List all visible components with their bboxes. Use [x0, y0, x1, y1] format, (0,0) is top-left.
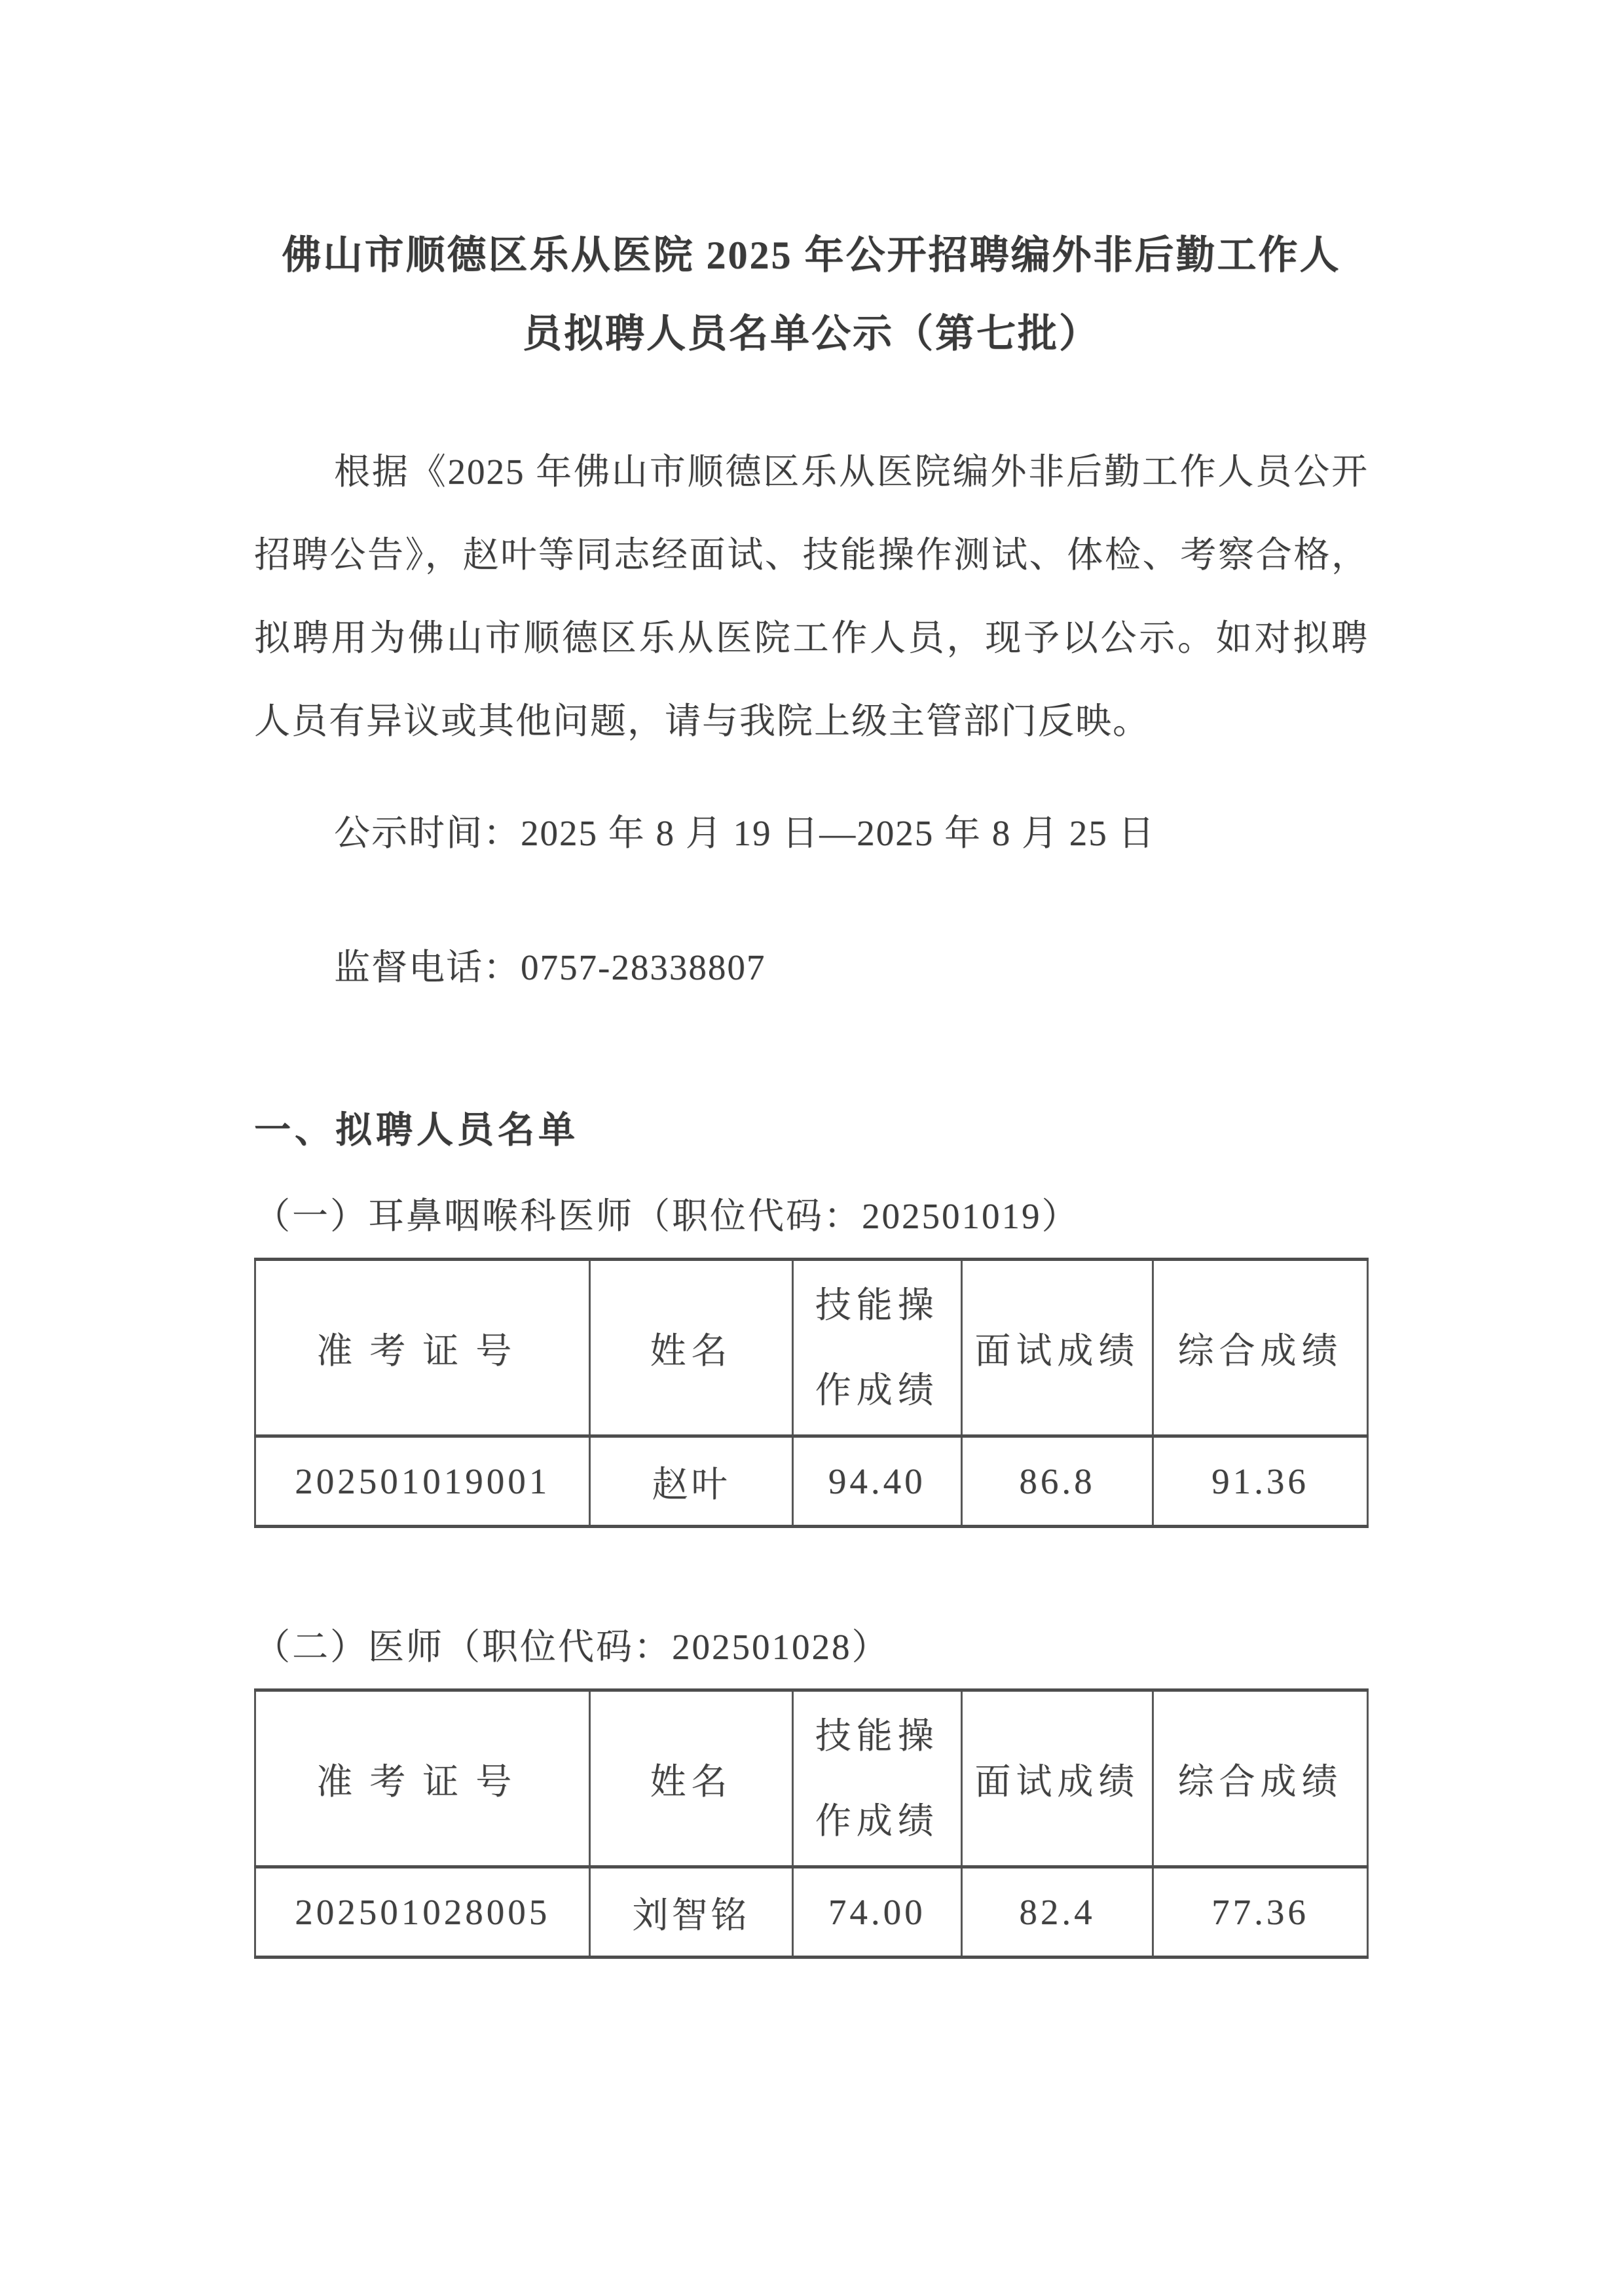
table-1-cell-skill-score: 94.40: [792, 1436, 961, 1527]
table-1-cell-interview-score: 86.8: [961, 1436, 1153, 1527]
score-table-1: 准考证号 姓名 技能操 作成绩 面试成绩 综合成绩 202501019001 赵…: [254, 1258, 1369, 1528]
table-1-data-row: 202501019001 赵叶 94.40 86.8 91.36: [255, 1436, 1368, 1527]
table-2-header-row: 准考证号 姓名 技能操 作成绩 面试成绩 综合成绩: [255, 1690, 1368, 1867]
table-2-cell-interview-score: 82.4: [961, 1867, 1153, 1958]
position-heading-1: （一）耳鼻咽喉科医师（职位代码：202501019）: [254, 1175, 1369, 1258]
table-1-header-interview-score: 面试成绩: [961, 1260, 1153, 1436]
document-page: 佛山市顺德区乐从医院 2025 年公开招聘编外非后勤工作人 员拟聘人员名单公示（…: [0, 0, 1624, 2296]
supervision-phone-line: 监督电话：0757-28338807: [254, 926, 1369, 1009]
table-1-header-name: 姓名: [590, 1260, 792, 1436]
table-2-cell-name: 刘智铭: [590, 1867, 792, 1958]
table-2-cell-exam-no: 202501028005: [255, 1867, 590, 1958]
position-heading-2: （二）医师（职位代码：202501028）: [254, 1605, 1369, 1688]
section-title-list: 一、拟聘人员名单: [254, 1089, 1369, 1173]
table-2-cell-overall-score: 77.36: [1153, 1867, 1368, 1958]
table-2-header-interview-score: 面试成绩: [961, 1690, 1153, 1867]
table-2-cell-skill-score: 74.00: [792, 1867, 961, 1958]
table-2-header-name: 姓名: [590, 1690, 792, 1867]
table-1-cell-exam-no: 202501019001: [255, 1436, 590, 1527]
publicity-period-line: 公示时间：2025 年 8 月 19 日—2025 年 8 月 25 日: [254, 792, 1369, 875]
table-2-header-skill-score: 技能操 作成绩: [792, 1690, 961, 1867]
intro-paragraph: 根据《2025 年佛山市顺德区乐从医院编外非后勤工作人员公开招聘公告》，赵叶等同…: [254, 430, 1369, 763]
document-title-line-2: 员拟聘人员名单公示（第七批）: [254, 295, 1369, 373]
document-title: 佛山市顺德区乐从医院 2025 年公开招聘编外非后勤工作人 员拟聘人员名单公示（…: [254, 216, 1369, 373]
table-1-header-skill-score: 技能操 作成绩: [792, 1260, 961, 1436]
table-1-header-overall-score: 综合成绩: [1153, 1260, 1368, 1436]
document-content: 佛山市顺德区乐从医院 2025 年公开招聘编外非后勤工作人 员拟聘人员名单公示（…: [0, 0, 1624, 1959]
table-1-header-exam-no: 准考证号: [255, 1260, 590, 1436]
table-1-header-row: 准考证号 姓名 技能操 作成绩 面试成绩 综合成绩: [255, 1260, 1368, 1436]
document-title-line-1: 佛山市顺德区乐从医院 2025 年公开招聘编外非后勤工作人: [254, 216, 1369, 295]
score-table-2: 准考证号 姓名 技能操 作成绩 面试成绩 综合成绩 202501028005 刘…: [254, 1688, 1369, 1959]
table-2-header-overall-score: 综合成绩: [1153, 1690, 1368, 1867]
table-2-header-exam-no: 准考证号: [255, 1690, 590, 1867]
table-1-cell-name: 赵叶: [590, 1436, 792, 1527]
table-2-data-row: 202501028005 刘智铭 74.00 82.4 77.36: [255, 1867, 1368, 1958]
table-1-cell-overall-score: 91.36: [1153, 1436, 1368, 1527]
